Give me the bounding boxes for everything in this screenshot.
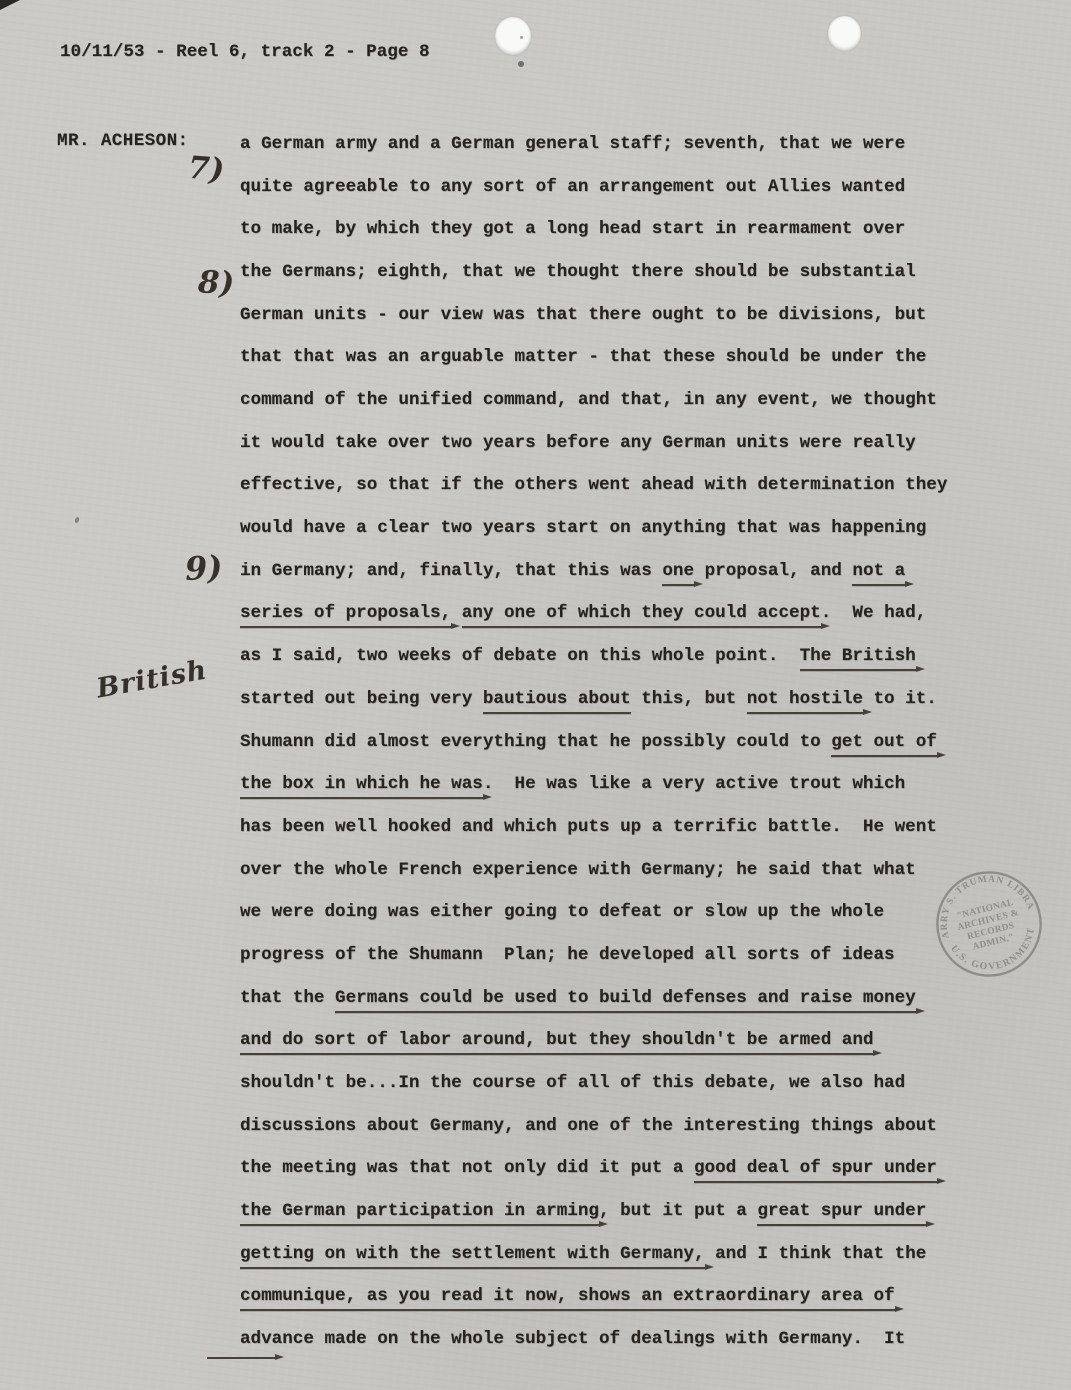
text-segment: a German army and a German general staff… [240, 134, 905, 154]
transcript-line: advance made on the whole subject of dea… [240, 1328, 905, 1358]
transcript-line: we were doing was either going to defeat… [240, 901, 884, 931]
underlined-text: one [662, 561, 694, 586]
text-segment [451, 603, 462, 623]
text-segment: . We had, [821, 603, 927, 623]
transcript-line: the German participation in arming, but … [240, 1200, 926, 1230]
transcript-line: and do sort of labor around, but they sh… [240, 1029, 873, 1059]
transcript-line: command of the unified command, and that… [240, 389, 937, 419]
text-segment: that that was an arguable matter - that … [240, 347, 926, 367]
underlined-text: and do sort of labor around, but they sh… [240, 1030, 873, 1055]
transcript-line: quite agreeable to any sort of an arrang… [240, 176, 905, 206]
underlined-text: communique, as you read it now, [240, 1286, 578, 1311]
transcript-line: shouldn't be...In the course of all of t… [240, 1072, 905, 1102]
text-segment: it would take over two years before any … [240, 433, 916, 453]
underlined-text: series of proposals, [240, 603, 451, 628]
margin-mark-7: 7) [187, 150, 226, 188]
text-segment: this, but [631, 689, 747, 709]
paper-speck [518, 61, 524, 67]
text-segment: discussions about Germany, and one of th… [240, 1116, 937, 1136]
margin-mark-9: 9) [184, 548, 223, 588]
transcript-line: as I said, two weeks of debate on this w… [240, 645, 916, 675]
paper-speck [74, 516, 80, 523]
underlined-text: not hostile [747, 689, 863, 714]
transcript-line: a German army and a German general staff… [240, 133, 905, 163]
transcript-line: the meeting was that not only did it put… [240, 1157, 937, 1187]
text-segment: progress of the Shumann Plan; he develop… [240, 945, 895, 965]
transcript-body: a German army and a German general staff… [240, 133, 1000, 1363]
underlined-text: good deal of spur under [694, 1158, 937, 1183]
transcript-line: Shumann did almost everything that he po… [240, 731, 937, 761]
text-segment: German units - our view was that there o… [240, 305, 926, 325]
underlined-text: great spur under [757, 1201, 926, 1226]
underlined-text: get out of [831, 732, 937, 757]
transcript-line: progress of the Shumann Plan; he develop… [240, 944, 895, 974]
underlined-text: bautious about [483, 689, 631, 714]
text-segment: started out being very [240, 689, 483, 709]
transcript-line: series of proposals, any one of which th… [240, 602, 926, 632]
transcript-line: in Germany; and, finally, that this was … [240, 560, 905, 590]
text-segment: to it. [863, 689, 937, 709]
text-segment: that the [240, 988, 335, 1008]
text-segment: effective, so that if the others went ah… [240, 475, 947, 495]
underlined-text: not a [852, 561, 905, 586]
scan-corner-artifact [0, 0, 20, 10]
text-segment: the Germans; eighth, that we thought the… [240, 262, 916, 282]
text-segment: over the whole French experience with Ge… [240, 860, 916, 880]
paper-speck [520, 36, 523, 39]
punch-hole-left [495, 17, 531, 55]
transcript-line: started out being very bautious about th… [240, 688, 937, 718]
transcript-line: German units - our view was that there o… [240, 304, 926, 334]
text-segment: shouldn't be...In the course of all of t… [240, 1073, 905, 1093]
transcript-line: effective, so that if the others went ah… [240, 474, 947, 504]
pencil-underline-mark [207, 1357, 275, 1359]
transcript-line: getting on with the settlement with Germ… [240, 1243, 926, 1273]
transcript-line: that that was an arguable matter - that … [240, 346, 926, 376]
transcript-line: the box in which he was. He was like a v… [240, 773, 905, 803]
text-segment: . He was like a very active trout which [483, 774, 905, 794]
text-segment: in Germany; and, finally, that this was [240, 561, 662, 581]
text-segment: to make, by which they got a long head s… [240, 219, 905, 239]
text-segment: the meeting was that not only did it put… [240, 1158, 694, 1178]
speaker-label: MR. ACHESON: [57, 131, 189, 151]
transcript-line: to make, by which they got a long head s… [240, 218, 905, 248]
transcript-line: over the whole French experience with Ge… [240, 859, 916, 889]
transcript-line: it would take over two years before any … [240, 432, 916, 462]
transcript-line: discussions about Germany, and one of th… [240, 1115, 937, 1145]
text-segment: has been well hooked and which puts up a… [240, 817, 937, 837]
text-segment: would have a clear two years start on an… [240, 518, 926, 538]
underlined-text: getting on with the settlement with Germ… [240, 1244, 705, 1269]
transcript-line: has been well hooked and which puts up a… [240, 816, 937, 846]
stamp-center-text: "NATIONAL ARCHIVES & RECORDS ADMIN." [954, 897, 1026, 955]
margin-note-british: British [94, 655, 210, 705]
transcript-line: the Germans; eighth, that we thought the… [240, 261, 916, 291]
text-segment: quite agreeable to any sort of an arrang… [240, 177, 905, 197]
text-segment: advance made on the whole subject of dea… [240, 1329, 905, 1349]
scanned-document-page: 10/11/53 - Reel 6, track 2 - Page 8 MR. … [0, 0, 1071, 1390]
text-segment: command of the unified command, and that… [240, 390, 937, 410]
transcript-line: that the Germans could be used to build … [240, 987, 916, 1017]
text-segment: as I said, two weeks of debate on this w… [240, 646, 800, 666]
text-segment: , but it put a [599, 1201, 757, 1221]
punch-hole-right [828, 16, 861, 51]
underlined-text: The British [800, 646, 916, 671]
margin-mark-8: 8) [197, 264, 234, 301]
underlined-text: Germans could be used to build defenses … [335, 988, 916, 1013]
underlined-text: shows an extraordinary area of [578, 1286, 895, 1311]
underlined-text: the German participation in arming [240, 1201, 599, 1226]
transcript-line: would have a clear two years start on an… [240, 517, 926, 547]
underlined-text: the box in which he was [240, 774, 483, 799]
transcript-line: communique, as you read it now, shows an… [240, 1285, 895, 1315]
text-segment: proposal, and [694, 561, 852, 581]
page-header: 10/11/53 - Reel 6, track 2 - Page 8 [60, 42, 430, 62]
underlined-text: any one of which they could accept [462, 603, 821, 628]
text-segment: we were doing was either going to defeat… [240, 902, 884, 922]
text-segment: and I think that the [705, 1244, 927, 1264]
text-segment: Shumann did almost everything that he po… [240, 732, 831, 752]
